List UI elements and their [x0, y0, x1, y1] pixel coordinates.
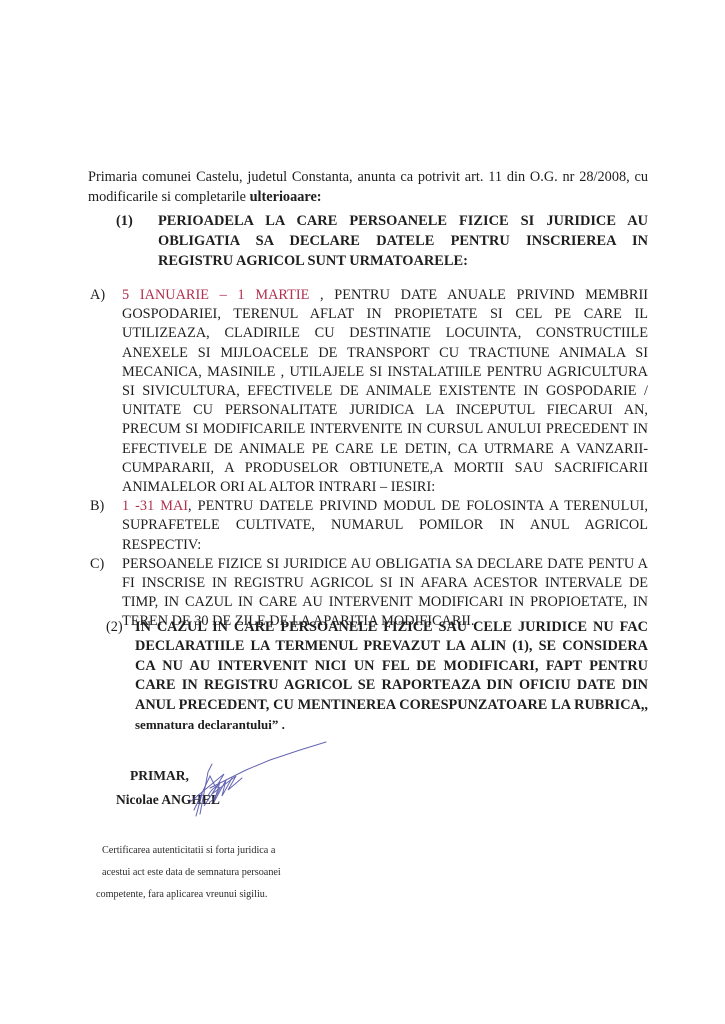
intro-bold-tail: ulterioaare: [250, 189, 322, 205]
handwritten-signature-icon [150, 736, 330, 821]
item-label: A) [90, 286, 105, 305]
note-line-1: Certificarea autenticitatii si forta jur… [96, 840, 346, 862]
section-1: (1) PERIOADELA LA CARE PERSOANELE FIZICE… [116, 211, 648, 271]
section-1-number: (1) [116, 211, 133, 231]
item-date: 5 IANUARIE – 1 MARTIE [122, 287, 309, 303]
list-item: A) 5 IANUARIE – 1 MARTIE , PENTRU DATE A… [90, 286, 648, 497]
item-label: B) [90, 497, 104, 516]
section-2-text: IN CAZUL IN CARE PERSOANELE FIZICE SAU C… [106, 618, 648, 735]
intro-text: Primaria comunei Castelu, judetul Consta… [88, 169, 648, 205]
authenticity-note: Certificarea autenticitatii si forta jur… [96, 840, 346, 906]
item-text: , PENTRU DATE ANUALE PRIVIND MEMBRII GOS… [122, 287, 648, 495]
list-item: B) 1 -31 MAI, PENTRU DATELE PRIVIND MODU… [90, 497, 648, 555]
section-2-body: IN CAZUL IN CARE PERSOANELE FIZICE SAU C… [135, 619, 648, 713]
item-date: 1 -31 MAI [122, 498, 188, 514]
note-line-3: competente, fara aplicarea vreunui sigil… [96, 884, 346, 906]
section-2-tail: semnatura declarantului” . [135, 717, 285, 732]
period-list: A) 5 IANUARIE – 1 MARTIE , PENTRU DATE A… [90, 286, 648, 632]
note-line-2: acestui act este data de semnatura perso… [96, 862, 346, 884]
document-page: Primaria comunei Castelu, judetul Consta… [0, 0, 725, 1024]
section-1-text: PERIOADELA LA CARE PERSOANELE FIZICE SI … [116, 211, 648, 271]
section-2-number: (2) [106, 618, 123, 637]
item-text: , PENTRU DATELE PRIVIND MODUL DE FOLOSIN… [122, 498, 648, 552]
item-label: C) [90, 555, 104, 574]
intro-paragraph: Primaria comunei Castelu, judetul Consta… [88, 167, 648, 207]
section-2: (2) IN CAZUL IN CARE PERSOANELE FIZICE S… [106, 618, 648, 735]
